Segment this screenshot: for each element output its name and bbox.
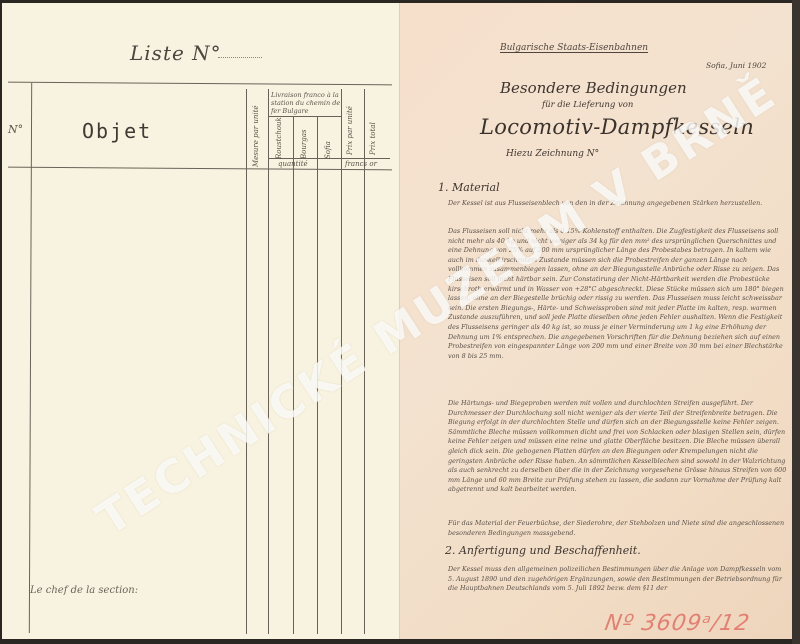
object-column-rule [246,89,247,634]
delivery-column-header: Livraison franco à la station du chemin … [271,91,341,115]
currency-subheader: francs or [345,160,377,168]
right-page-conditions: Bulgarische Staats-Eisenbahnen Sofia, Ju… [400,3,793,639]
station2-column-rule [317,116,318,634]
book-edge [792,0,800,644]
document-subject: Locomotiv-Dampfkesseln [480,115,754,139]
header-bottom-rule [8,167,392,171]
table-top-rule [8,82,392,86]
object-column-header: Objet [82,119,152,143]
quantity-subheader: quantité [278,160,308,168]
measure-column-header: Mesure par unité [252,95,260,167]
paragraph: Das Flusseisen soll nicht mehr als 0.15%… [448,227,788,399]
section-heading-material: 1. Material [438,181,500,194]
document-spread: Liste N° N° Objet Mesure par unité Livra… [0,0,800,644]
paragraph: Die Härtungs- und Biegeproben werden mit… [448,399,788,513]
section-heading-manufacture: 2. Anfertigung und Beschaffenheit. [445,544,641,557]
unit-price-header: Prix par unité [346,95,354,155]
left-page-form: Liste N° N° Objet Mesure par unité Livra… [2,3,400,639]
measure-column-rule [268,89,269,634]
section-chief-signature-label: Le chef de la section: [30,585,138,596]
station1-column-rule [293,116,294,634]
total-price-header: Prix total [369,103,377,155]
document-title: Besondere Bedingungen [500,79,687,97]
drawing-reference: Hiezu Zeichnung N° [506,149,599,159]
document-date: Sofia, Juni 1902 [706,61,766,70]
paragraph: Für das Material der Feuerbüchse, der Si… [448,519,788,538]
paragraph: Der Kessel muss den allgemeinen polizeil… [448,565,788,594]
station-roustchouk-header: Roustchouk [275,121,283,159]
ledger-table: N° Objet Mesure par unité Livraison fran… [2,3,400,639]
number-column-rule [29,83,32,633]
document-subtitle: für die Lieferung von [542,100,633,110]
station-sofia-header: Sofia [324,127,332,159]
archive-stamp: Nº 3609ᵃ/12 [603,611,752,636]
number-column-header: N° [8,123,23,136]
company-header: Bulgarische Staats-Eisenbahnen [500,43,648,53]
station-bourgas-header: Bourgas [300,127,308,159]
paragraph: Der Kessel ist aus Flusseisenblech von d… [448,199,788,209]
station3-column-rule [341,89,342,634]
unit-price-column-rule [364,89,365,634]
